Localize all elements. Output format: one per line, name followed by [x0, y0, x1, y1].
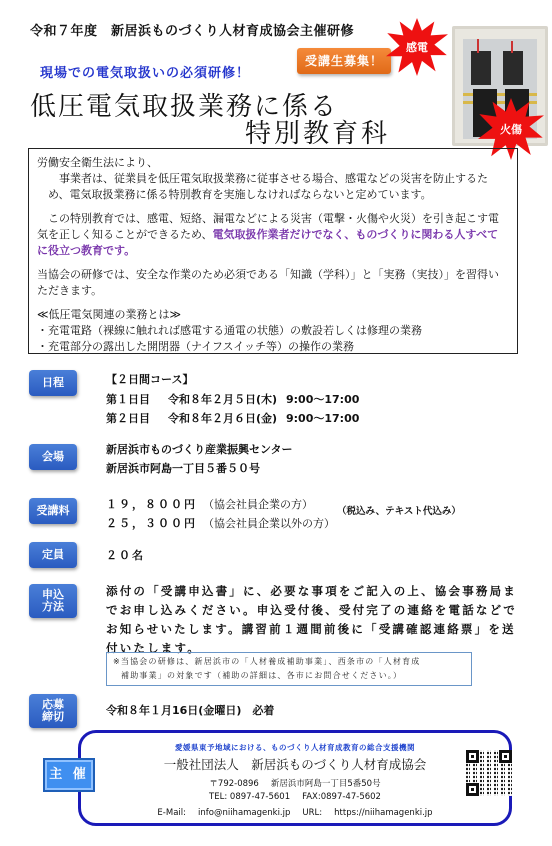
- related-work-list: ≪低圧電気関連の業務とは≫ ・充電電路（裸線に触れれば感電する通電の状態）の敷設…: [37, 307, 509, 355]
- organizer-address: 〒792-0896新居浜市阿島一丁目5番50号: [78, 777, 512, 789]
- tagline: 現場での電気取扱いの必須研修！: [40, 62, 250, 81]
- deadline-label: 応募 締切: [29, 694, 77, 728]
- deadline-value: 令和８年１月16日(金曜日) 必着: [106, 702, 274, 718]
- list-item: ・充電部分の露出した開閉器（ナイフスイッチ等）の操作の業務: [37, 339, 509, 355]
- burn-label: 火傷: [500, 121, 522, 137]
- organizer-phone: TEL: 0897-47-5601FAX:0897-47-5602: [78, 792, 512, 802]
- schedule-day: 第１日目: [106, 391, 168, 407]
- venue-name: 新居浜市ものづくり産業振興センター: [106, 441, 293, 457]
- schedule-date: 令和８年２月５日(木): [168, 391, 286, 407]
- breaker-icon: [471, 51, 491, 85]
- schedule-row: 第１日目 令和８年２月５日(木) 9:00～17:00: [106, 391, 359, 407]
- list-item: ・充電電路（裸線に触れれば感電する通電の状態）の敷設若しくは修理の業務: [37, 323, 509, 339]
- tel-number: TEL: 0897-47-5601: [209, 792, 290, 802]
- fee-tax-note: （税込み、テキスト代込み）: [337, 503, 461, 517]
- qr-finder: [499, 750, 512, 763]
- schedule-date: 令和８年２月６日(金): [168, 410, 286, 426]
- intro-box: 労働安全衛生法により、 事業者は、従業員を低圧電気取扱業務に従事させる場合、感電…: [28, 148, 518, 354]
- venue-label: 会場: [29, 444, 77, 470]
- wire: [477, 39, 479, 53]
- schedule-time: 9:00～17:00: [286, 391, 359, 407]
- subsidy-note-line1: ※当協会の研修は、新居浜市の「人材養成補助事業」、西条市の「人材育成: [113, 655, 465, 669]
- intro-paragraph-3: 当協会の研修では、安全な作業のため必須である「知識（学科）」と「実務（実技）」を…: [37, 267, 509, 299]
- capacity-value: ２０名: [106, 547, 145, 563]
- breaker-icon: [503, 51, 523, 85]
- application-label-line2: 方法: [42, 601, 64, 613]
- capacity-label: 定員: [29, 542, 77, 568]
- intro-paragraph-1: 労働安全衛生法により、 事業者は、従業員を低圧電気取扱業務に従事させる場合、感電…: [37, 155, 509, 203]
- intro-law-body: 事業者は、従業員を低圧電気取扱業務に従事させる場合、感電などの災害を防止するため…: [37, 171, 509, 203]
- email-link[interactable]: info@niihamagenki.jp: [198, 808, 290, 818]
- fee-amount-member: １９，８００円: [106, 496, 197, 512]
- url-label: URL:: [302, 808, 322, 818]
- street-address: 新居浜市阿島一丁目5番50号: [271, 779, 381, 789]
- organizer-description: 愛媛県東予地域における、ものづくり人材育成教育の総合支援機関: [78, 742, 512, 753]
- subsidy-note-line2: 補助事業」の対象です（補助の詳細は、各市にお問合せください。）: [113, 669, 465, 683]
- fee-label: 受講料: [29, 498, 77, 524]
- qr-finder: [466, 783, 479, 796]
- shock-burst-icon: 感電: [386, 18, 448, 76]
- email-label: E-Mail:: [157, 808, 186, 818]
- fee-amount-nonmember: ２５，３００円: [106, 515, 197, 531]
- website-link[interactable]: https://niihamagenki.jp: [334, 808, 432, 818]
- shock-label: 感電: [406, 39, 428, 55]
- application-instructions: 添付の「受講申込書」に、必要な事項をご記入の上、協会事務局までお申し込みください…: [106, 582, 518, 658]
- organizer-header: 令和７年度 新居浜ものづくり人材育成協会主催研修: [30, 20, 354, 39]
- fee-note-member: （協会社員企業の方）: [203, 496, 313, 512]
- qr-code-icon[interactable]: [466, 750, 512, 796]
- intro-law-line: 労働安全衛生法により、: [37, 155, 509, 171]
- schedule-time: 9:00～17:00: [286, 410, 359, 426]
- page-subtitle: 特別教育科: [245, 113, 390, 150]
- intro-paragraph-2: この特別教育では、感電、短絡、漏電などによる災害（電撃・火傷や火災）を引き起こす…: [37, 211, 509, 259]
- schedule-day: 第２日目: [106, 410, 168, 426]
- schedule-row: 第２日目 令和８年２月６日(金) 9:00～17:00: [106, 410, 359, 426]
- related-work-title: ≪低圧電気関連の業務とは≫: [37, 307, 509, 323]
- deadline-label-line2: 締切: [42, 711, 64, 723]
- recruiting-badge: 受講生募集！: [297, 48, 391, 74]
- organizer-name: 一般社団法人 新居浜ものづくり人材育成協会: [78, 755, 512, 773]
- application-label: 申込 方法: [29, 584, 77, 618]
- organizer-online: E-Mail:info@niihamagenki.jpURL:https://n…: [78, 808, 512, 818]
- fax-number: FAX:0897-47-5602: [302, 792, 381, 802]
- schedule-label: 日程: [29, 370, 77, 396]
- fee-note-nonmember: （協会社員企業以外の方）: [203, 515, 335, 531]
- venue-address: 新居浜市阿島一丁目５番５０号: [106, 460, 260, 476]
- wire: [511, 41, 513, 53]
- qr-finder: [466, 750, 479, 763]
- course-length: 【２日間コース】: [106, 371, 193, 387]
- subsidy-note: ※当協会の研修は、新居浜市の「人材養成補助事業」、西条市の「人材育成 補助事業」…: [106, 652, 472, 686]
- postal-code: 〒792-0896: [209, 779, 258, 789]
